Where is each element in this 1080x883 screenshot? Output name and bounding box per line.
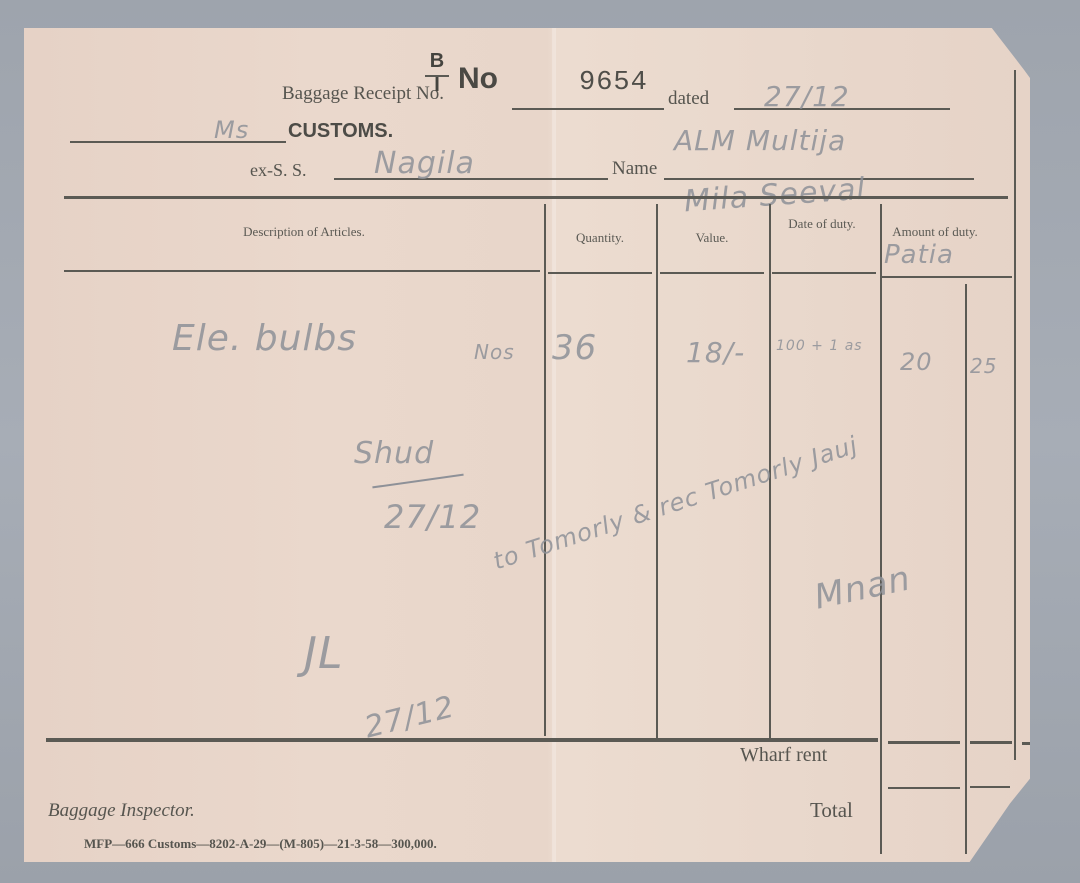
name-label: Name [612,158,657,180]
header-underline-quantity [548,272,652,274]
annotation-signature-right: Mnan [811,558,914,617]
header-underline-amount [880,276,1012,278]
annotation-seen-note: Shud [354,436,434,471]
row-extra: 25 [970,354,997,378]
col-divider-4 [880,204,882,854]
row-value: 18/- [686,336,745,369]
row-qty-prefix: Nos [474,340,515,364]
col-header-description: Description of Articles. [64,224,544,240]
dated-value: 27/12 [764,80,850,113]
col-header-date-of-duty: Date of duty. [772,216,872,232]
col-header-value: Value. [656,230,768,246]
customs-prefix-hand: Ms [214,116,249,144]
wharf-rent-underline-2 [970,786,1010,788]
wharf-cell-top-2 [970,741,1012,744]
wharf-cell-top-1 [888,741,960,744]
ship-label: ex-S. S. [250,160,307,181]
annotation-signature-bottom: JL [304,628,344,679]
customs-prefix-line [70,141,286,143]
name-value-line1: ALM Multija [674,124,846,157]
row-amount-of-duty: 20 [900,348,933,376]
col-divider-5 [965,284,967,854]
number-symbol: No [458,62,498,96]
col-header-amount-of-duty: Amount of duty. [880,224,990,240]
header-underline-date [772,272,876,274]
header-underline-value [660,272,764,274]
receipt-number-line [512,108,664,110]
right-border-line [1014,70,1016,760]
baggage-inspector-label: Baggage Inspector. [48,800,195,822]
row-description: Ele. bulbs [172,318,357,359]
receipt-title-label: Baggage Receipt No. [282,83,444,105]
annotation-underline [372,474,463,489]
baggage-receipt-document: Baggage Receipt No. B I No 9654 dated 27… [24,28,1030,862]
paper-fold [552,28,556,862]
receipt-number: 9654 [579,68,648,98]
row-quantity: 36 [552,328,597,368]
total-label: Total [810,798,853,823]
name-value-line3: Patia [884,240,954,270]
annotation-seen-date: 27/12 [384,498,481,536]
customs-label: CUSTOMS. [288,120,393,143]
wharf-rent-label: Wharf rent [740,744,827,767]
col-divider-1 [544,204,546,736]
dated-label: dated [668,88,709,110]
ship-value: Nagila [374,146,475,181]
table-bottom-rule [46,738,878,742]
row-date-of-duty: 100 + 1 as [776,338,866,354]
series-letter-top: B [427,50,447,73]
header-rule [64,196,1008,199]
col-divider-2 [656,204,658,738]
header-underline-description [64,270,540,272]
wharf-cell-top-3 [1022,742,1036,745]
series-letter-bottom: I [427,74,447,97]
print-code: MFP—666 Customs—8202-A-29—(M-805)—21-3-5… [84,836,437,852]
col-header-quantity: Quantity. [544,230,656,246]
wharf-rent-underline-1 [888,787,960,789]
